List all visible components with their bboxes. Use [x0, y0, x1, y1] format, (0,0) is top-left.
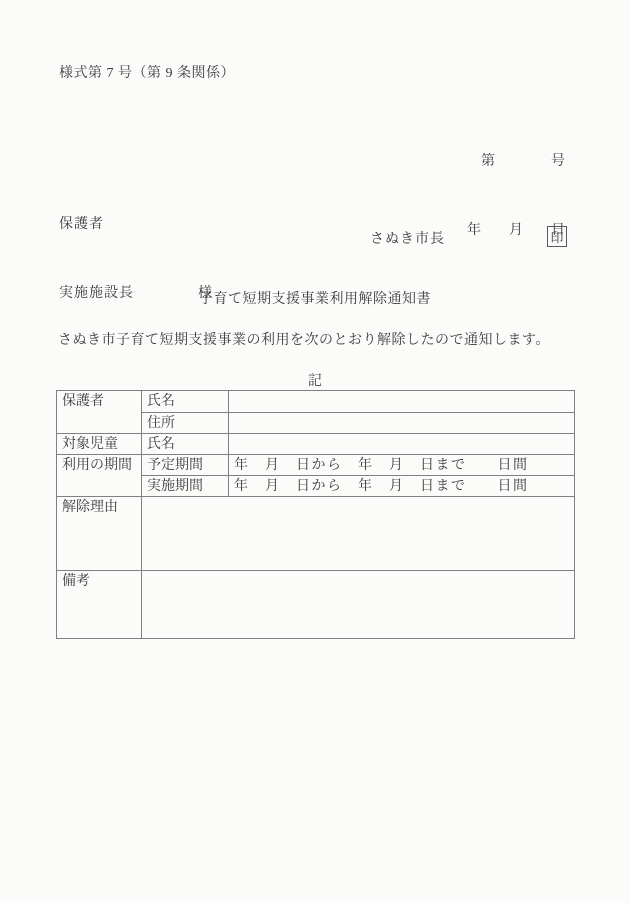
- sender-mayor: さぬき市長: [370, 228, 445, 248]
- remarks-label-cell: 備考: [57, 571, 142, 639]
- guardian-label-cell: 保護者: [57, 391, 142, 434]
- table-row-planned-period: 利用の期間 予定期間 年 月 日から 年 月 日まで 日間: [57, 455, 575, 476]
- addressee-guardian: 保護者: [59, 213, 213, 236]
- planned-period-value-cell: 年 月 日から 年 月 日まで 日間: [229, 455, 575, 476]
- table-row-guardian-name: 保護者 氏名: [57, 391, 575, 413]
- notice-document-page: 様式第 7 号（第 9 条関係） 第 号 年 月 日 保護者 実施施設長様 さぬ…: [0, 0, 630, 903]
- actual-period-label-cell: 実施期間: [142, 476, 229, 497]
- reason-label-cell: 解除理由: [57, 497, 142, 571]
- seal-stamp-box: 印: [547, 226, 567, 247]
- reason-value-cell: [142, 497, 575, 571]
- addressee-block: 保護者 実施施設長様: [59, 167, 213, 351]
- document-number-block: 第 号 年 月 日: [467, 104, 565, 288]
- document-title: 子育て短期支援事業利用解除通知書: [0, 288, 630, 308]
- child-name-value-cell: [229, 434, 575, 455]
- remarks-value-cell: [142, 571, 575, 639]
- table-row-cancellation-reason: 解除理由: [57, 497, 575, 571]
- record-marker: 記: [0, 370, 630, 390]
- table-row-remarks: 備考: [57, 571, 575, 639]
- child-name-label-cell: 氏名: [142, 434, 229, 455]
- guardian-name-value-cell: [229, 391, 575, 413]
- guardian-address-value-cell: [229, 413, 575, 434]
- period-label-cell: 利用の期間: [57, 455, 142, 497]
- guardian-name-label-cell: 氏名: [142, 391, 229, 413]
- notice-body-text: さぬき市子育て短期支援事業の利用を次のとおり解除したので通知します。: [58, 329, 550, 349]
- planned-period-label-cell: 予定期間: [142, 455, 229, 476]
- form-number: 様式第 7 号（第 9 条関係）: [59, 62, 235, 82]
- child-label-cell: 対象児童: [57, 434, 142, 455]
- actual-period-value-cell: 年 月 日から 年 月 日まで 日間: [229, 476, 575, 497]
- notice-table: 保護者 氏名 住所 対象児童 氏名 利用の期間 予定期間 年 月 日から 年 月…: [56, 390, 575, 639]
- table-row-child-name: 対象児童 氏名: [57, 434, 575, 455]
- guardian-address-label-cell: 住所: [142, 413, 229, 434]
- document-number-line: 第 号: [467, 150, 565, 173]
